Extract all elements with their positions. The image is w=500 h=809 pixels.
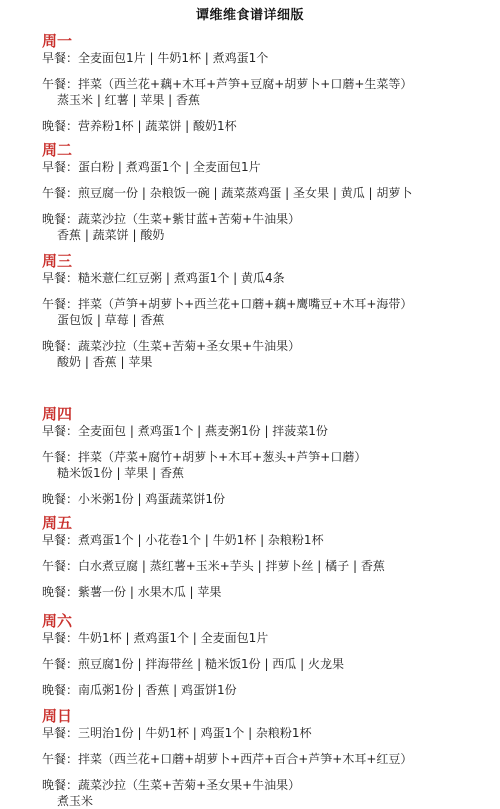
meal-content: 煎豆腐1份 | 拌海带丝 | 糙米饭1份 | 西瓜 | 火龙果 [78, 657, 344, 671]
meal-content: 南瓜粥1份 | 香蕉 | 鸡蛋饼1份 [78, 683, 237, 697]
meal-label: 晚餐： [42, 778, 78, 792]
meal-label: 早餐： [42, 631, 78, 645]
day-section-thursday: 周四 早餐：全麦面包 | 煮鸡蛋1个 | 燕麦粥1份 | 拌菠菜1份 午餐：拌菜… [42, 405, 482, 507]
meal-content: 拌菜（西兰花+口蘑+胡萝卜+西芹+百合+芦笋+木耳+红豆） [78, 752, 412, 766]
lunch-row: 午餐：拌菜（西兰花+藕+木耳+芦笋+豆腐+胡萝卜+口蘑+生菜等） 蒸玉米 | 红… [42, 76, 482, 108]
meal-content-continued: 糙米饭1份 | 苹果 | 香蕉 [42, 465, 482, 481]
meal-content: 拌菜（西兰花+藕+木耳+芦笋+豆腐+胡萝卜+口蘑+生菜等） [78, 77, 412, 91]
dinner-row: 晚餐：紫薯一份 | 水果木瓜 | 苹果 [42, 584, 482, 600]
meal-content: 营养粉1杯 | 蔬菜饼 | 酸奶1杯 [78, 119, 237, 133]
meal-content: 煎豆腐一份 | 杂粮饭一碗 | 蔬菜蒸鸡蛋 | 圣女果 | 黄瓜 | 胡萝卜 [78, 186, 412, 200]
meal-label: 早餐： [42, 533, 78, 547]
day-section-saturday: 周六 早餐：牛奶1杯 | 煮鸡蛋1个 | 全麦面包1片 午餐：煎豆腐1份 | 拌… [42, 612, 482, 698]
lunch-row: 午餐：拌菜（芹菜+腐竹+胡萝卜+木耳+葱头+芦笋+口蘑） 糙米饭1份 | 苹果 … [42, 449, 482, 481]
meal-content: 牛奶1杯 | 煮鸡蛋1个 | 全麦面包1片 [78, 631, 268, 645]
lunch-row: 午餐：煎豆腐一份 | 杂粮饭一碗 | 蔬菜蒸鸡蛋 | 圣女果 | 黄瓜 | 胡萝… [42, 185, 482, 201]
meal-content: 拌菜（芦笋+胡萝卜+西兰花+口蘑+藕+鹰嘴豆+木耳+海带） [78, 297, 412, 311]
meal-content: 全麦面包 | 煮鸡蛋1个 | 燕麦粥1份 | 拌菠菜1份 [78, 424, 328, 438]
meal-content: 蔬菜沙拉（生菜+紫甘蓝+苦菊+牛油果） [78, 212, 300, 226]
meal-label: 午餐： [42, 77, 78, 91]
meal-content: 蛋白粉 | 煮鸡蛋1个 | 全麦面包1片 [78, 160, 261, 174]
meal-content-continued: 煮玉米 [42, 793, 482, 809]
lunch-row: 午餐：拌菜（芦笋+胡萝卜+西兰花+口蘑+藕+鹰嘴豆+木耳+海带） 蛋包饭 | 草… [42, 296, 482, 328]
meal-label: 晚餐： [42, 212, 78, 226]
day-title: 周三 [42, 252, 482, 270]
lunch-row: 午餐：煎豆腐1份 | 拌海带丝 | 糙米饭1份 | 西瓜 | 火龙果 [42, 656, 482, 672]
meal-label: 晚餐： [42, 585, 78, 599]
day-title: 周二 [42, 141, 482, 159]
day-section-friday: 周五 早餐：煮鸡蛋1个 | 小花卷1个 | 牛奶1杯 | 杂粮粉1杯 午餐：白水… [42, 514, 482, 600]
meal-label: 晚餐： [42, 683, 78, 697]
meal-content-continued: 酸奶 | 香蕉 | 苹果 [42, 354, 482, 370]
meal-content: 拌菜（芹菜+腐竹+胡萝卜+木耳+葱头+芦笋+口蘑） [78, 450, 366, 464]
meal-label: 午餐： [42, 752, 78, 766]
dinner-row: 晚餐：蔬菜沙拉（生菜+苦菊+圣女果+牛油果） 煮玉米 [42, 777, 482, 809]
breakfast-row: 早餐：牛奶1杯 | 煮鸡蛋1个 | 全麦面包1片 [42, 630, 482, 646]
meal-content: 蔬菜沙拉（生菜+苦菊+圣女果+牛油果） [78, 339, 300, 353]
meal-label: 午餐： [42, 657, 78, 671]
meal-content: 白水煮豆腐 | 蒸红薯+玉米+芋头 | 拌萝卜丝 | 橘子 | 香蕉 [78, 559, 385, 573]
lunch-row: 午餐：拌菜（西兰花+口蘑+胡萝卜+西芹+百合+芦笋+木耳+红豆） [42, 751, 482, 767]
meal-content-continued: 蛋包饭 | 草莓 | 香蕉 [42, 312, 482, 328]
day-title: 周六 [42, 612, 482, 630]
meal-content: 全麦面包1片 | 牛奶1杯 | 煮鸡蛋1个 [78, 51, 268, 65]
meal-content: 小米粥1份 | 鸡蛋蔬菜饼1份 [78, 492, 225, 506]
day-title: 周日 [42, 707, 482, 725]
meal-content-continued: 香蕉 | 蔬菜饼 | 酸奶 [42, 227, 482, 243]
breakfast-row: 早餐：全麦面包1片 | 牛奶1杯 | 煮鸡蛋1个 [42, 50, 482, 66]
meal-content: 三明治1份 | 牛奶1杯 | 鸡蛋1个 | 杂粮粉1杯 [78, 726, 312, 740]
dinner-row: 晚餐：蔬菜沙拉（生菜+紫甘蓝+苦菊+牛油果） 香蕉 | 蔬菜饼 | 酸奶 [42, 211, 482, 243]
meal-label: 晚餐： [42, 119, 78, 133]
day-title: 周四 [42, 405, 482, 423]
meal-content: 糙米薏仁红豆粥 | 煮鸡蛋1个 | 黄瓜4条 [78, 271, 285, 285]
day-section-wednesday: 周三 早餐：糙米薏仁红豆粥 | 煮鸡蛋1个 | 黄瓜4条 午餐：拌菜（芦笋+胡萝… [42, 252, 482, 370]
page-title: 谭维维食谱详细版 [0, 4, 500, 23]
meal-content-continued: 蒸玉米 | 红薯 | 苹果 | 香蕉 [42, 92, 482, 108]
meal-label: 早餐： [42, 160, 78, 174]
meal-label: 早餐： [42, 726, 78, 740]
breakfast-row: 早餐：煮鸡蛋1个 | 小花卷1个 | 牛奶1杯 | 杂粮粉1杯 [42, 532, 482, 548]
breakfast-row: 早餐：全麦面包 | 煮鸡蛋1个 | 燕麦粥1份 | 拌菠菜1份 [42, 423, 482, 439]
breakfast-row: 早餐：糙米薏仁红豆粥 | 煮鸡蛋1个 | 黄瓜4条 [42, 270, 482, 286]
meal-label: 午餐： [42, 186, 78, 200]
meal-content: 紫薯一份 | 水果木瓜 | 苹果 [78, 585, 221, 599]
day-section-tuesday: 周二 早餐：蛋白粉 | 煮鸡蛋1个 | 全麦面包1片 午餐：煎豆腐一份 | 杂粮… [42, 141, 482, 243]
meal-content: 煮鸡蛋1个 | 小花卷1个 | 牛奶1杯 | 杂粮粉1杯 [78, 533, 324, 547]
meal-label: 午餐： [42, 297, 78, 311]
lunch-row: 午餐：白水煮豆腐 | 蒸红薯+玉米+芋头 | 拌萝卜丝 | 橘子 | 香蕉 [42, 558, 482, 574]
meal-label: 早餐： [42, 51, 78, 65]
breakfast-row: 早餐：蛋白粉 | 煮鸡蛋1个 | 全麦面包1片 [42, 159, 482, 175]
meal-label: 晚餐： [42, 492, 78, 506]
dinner-row: 晚餐：小米粥1份 | 鸡蛋蔬菜饼1份 [42, 491, 482, 507]
dinner-row: 晚餐：蔬菜沙拉（生菜+苦菊+圣女果+牛油果） 酸奶 | 香蕉 | 苹果 [42, 338, 482, 370]
day-title: 周五 [42, 514, 482, 532]
meal-label: 晚餐： [42, 339, 78, 353]
meal-content: 蔬菜沙拉（生菜+苦菊+圣女果+牛油果） [78, 778, 300, 792]
dinner-row: 晚餐：营养粉1杯 | 蔬菜饼 | 酸奶1杯 [42, 118, 482, 134]
breakfast-row: 早餐：三明治1份 | 牛奶1杯 | 鸡蛋1个 | 杂粮粉1杯 [42, 725, 482, 741]
meal-label: 早餐： [42, 271, 78, 285]
day-section-monday: 周一 早餐：全麦面包1片 | 牛奶1杯 | 煮鸡蛋1个 午餐：拌菜（西兰花+藕+… [42, 32, 482, 134]
day-section-sunday: 周日 早餐：三明治1份 | 牛奶1杯 | 鸡蛋1个 | 杂粮粉1杯 午餐：拌菜（… [42, 707, 482, 809]
dinner-row: 晚餐：南瓜粥1份 | 香蕉 | 鸡蛋饼1份 [42, 682, 482, 698]
day-title: 周一 [42, 32, 482, 50]
meal-label: 午餐： [42, 559, 78, 573]
meal-label: 午餐： [42, 450, 78, 464]
meal-label: 早餐： [42, 424, 78, 438]
